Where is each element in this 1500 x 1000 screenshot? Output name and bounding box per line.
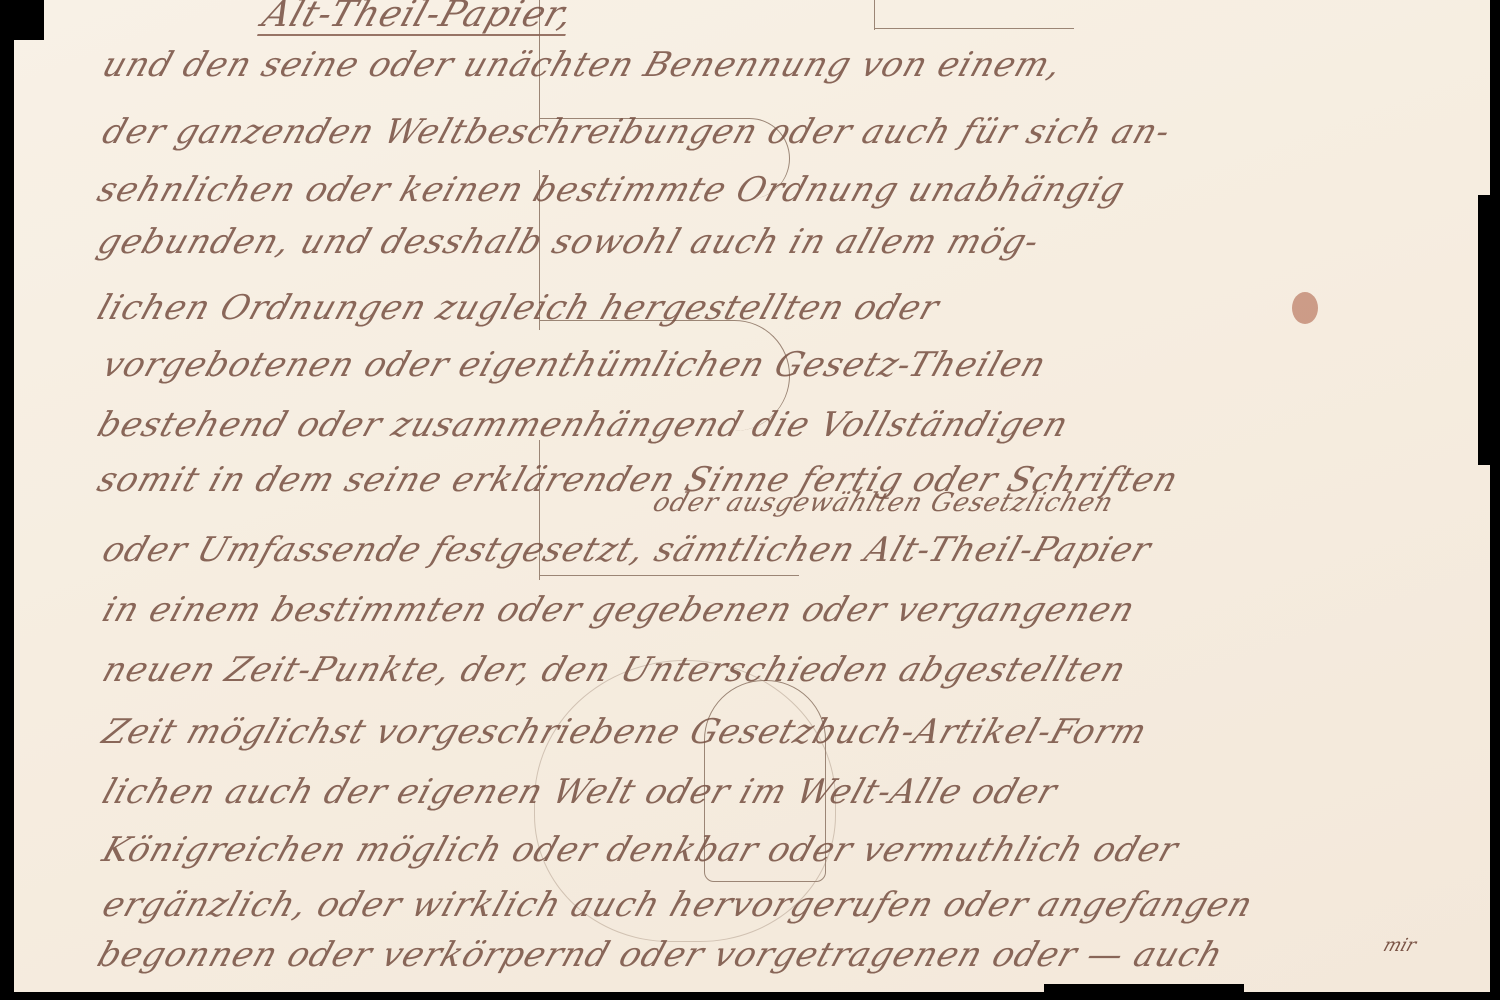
manuscript-page: Alt-Theil-Papier, und den seine oder unä…	[14, 0, 1490, 992]
text-line: und den seine oder unächten Benennung vo…	[98, 45, 1068, 85]
text-line: in einem bestimmten oder gegebenen oder …	[98, 590, 1141, 630]
text-line: gebunden, und desshalb sowohl auch in al…	[93, 222, 1045, 262]
text-line: lichen Ordnungen zugleich hergestellten …	[93, 288, 945, 328]
margin-note: mir	[1381, 935, 1419, 956]
scan-edge	[14, 0, 44, 40]
text-line: begonnen oder verkörpernd oder vorgetrag…	[93, 935, 1229, 975]
heading: Alt-Theil-Papier,	[257, 0, 579, 35]
text-line: lichen auch der eigenen Welt oder im Wel…	[98, 772, 1063, 812]
pencil-bracket-line	[874, 28, 1074, 29]
text-line: Königreichen möglich oder denkbar oder v…	[98, 830, 1184, 870]
text-line: vorgebotenen oder eigenthümlichen Gesetz…	[98, 345, 1052, 385]
text-line: ergänzlich, oder wirklich auch hervorger…	[98, 885, 1259, 925]
text-line: oder ausgewählten Gesetzlichen	[649, 488, 1118, 518]
text-line: Zeit möglichst vorgeschriebene Gesetzbuc…	[98, 712, 1153, 752]
ink-stain	[1292, 292, 1318, 324]
scan-edge	[1044, 984, 1244, 992]
text-line: neuen Zeit-Punkte, der, den Unterschiede…	[98, 650, 1132, 690]
text-line: sehnlichen oder keinen bestimmte Ordnung…	[93, 170, 1131, 210]
text-line: der ganzenden Weltbeschreibungen oder au…	[98, 112, 1177, 152]
scan-edge	[1478, 195, 1490, 465]
pencil-bracket-line	[874, 0, 875, 30]
text-line: oder Umfassende festgesetzt, sämtlichen …	[98, 530, 1157, 570]
text-line: bestehend oder zusammenhängend die Volls…	[93, 405, 1074, 445]
pencil-bracket-line	[539, 575, 799, 576]
